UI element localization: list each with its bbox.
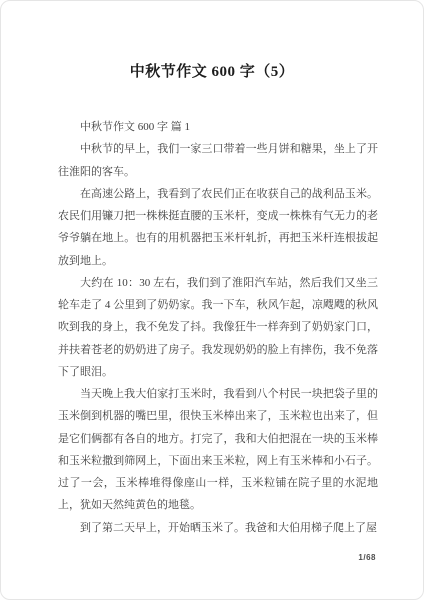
document-body: 中秋节作文 600 字 篇 1 中秋节的早上，我们一家三口带着一些月饼和糖果，坐… <box>58 116 378 539</box>
document-page: 中秋节作文 600 字（5） 中秋节作文 600 字 篇 1 中秋节的早上，我们… <box>0 0 424 600</box>
paragraph-subheading: 中秋节作文 600 字 篇 1 <box>58 116 378 138</box>
paragraph: 到了第二天早上，开始晒玉米了。我爸和大伯用梯子爬上了屋 <box>58 517 378 539</box>
paragraph: 在高速公路上，我看到了农民们正在收获自己的战利品玉米。农民们用镰刀把一株株挺直腰… <box>58 183 378 272</box>
paragraph: 中秋节的早上，我们一家三口带着一些月饼和糖果，坐上了开往淮阳的客车。 <box>58 138 378 183</box>
page-number-indicator: 1/68 <box>358 553 376 562</box>
paragraph: 当天晚上我大伯家打玉米时，我看到八个村民一块把袋子里的玉米倒到机器的嘴巴里，很快… <box>58 383 378 517</box>
paragraph: 大约在 10：30 左右，我们到了淮阳汽车站，然后我们又坐三轮车走了 4 公里到… <box>58 272 378 383</box>
document-title: 中秋节作文 600 字（5） <box>1 60 423 81</box>
